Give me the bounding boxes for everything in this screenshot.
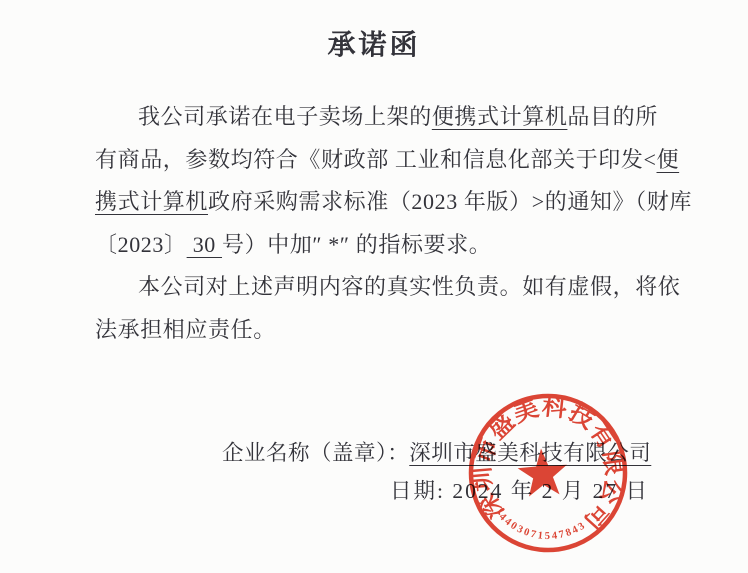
body-line: 法承担相应责任。	[95, 309, 670, 352]
body-text-run: 〔2023〕	[95, 232, 187, 257]
company-seal: 深圳市盛美科技有限公司 4403071547843	[442, 367, 654, 573]
underlined-text: 便携式计算机	[432, 104, 568, 129]
body-paragraphs: 我公司承诺在电子卖场上架的便携式计算机品目的所有商品，参数均符合《财政部 工业和…	[95, 96, 670, 352]
body-text-run: 政府采购需求标准（2023 年版）>的通知》（财库	[208, 189, 692, 214]
underlined-text: 便	[657, 147, 680, 172]
document-title: 承诺函	[0, 23, 748, 63]
seal-star-icon	[516, 447, 569, 497]
underlined-text: 30	[187, 232, 222, 257]
body-line: 本公司对上述声明内容的真实性负责。如有虚假，将依	[95, 266, 670, 309]
body-text-run: 法承担相应责任。	[95, 317, 276, 342]
body-line: 〔2023〕 30 号）中加″ *″ 的指标要求。	[95, 224, 670, 267]
body-text-run: 本公司对上述声明内容的真实性负责。如有虚假，将依	[138, 274, 680, 299]
body-line: 有商品，参数均符合《财政部 工业和信息化部关于印发<便	[95, 139, 670, 182]
body-text-run: 有商品，参数均符合《财政部 工业和信息化部关于印发<	[95, 147, 657, 172]
body-text-run: 我公司承诺在电子卖场上架的	[138, 104, 432, 129]
scanned-commitment-letter: 承诺函 我公司承诺在电子卖场上架的便携式计算机品目的所有商品，参数均符合《财政部…	[0, 0, 748, 573]
underlined-text: 携式计算机	[95, 189, 208, 214]
body-text-run: 号）中加″ *″ 的指标要求。	[222, 232, 491, 257]
body-line: 我公司承诺在电子卖场上架的便携式计算机品目的所	[95, 96, 670, 139]
seal-company-arc-text: 深圳市盛美科技有限公司	[461, 385, 636, 539]
body-line: 携式计算机政府采购需求标准（2023 年版）>的通知》（财库	[95, 181, 670, 224]
body-text-run: 品目的所	[567, 104, 657, 129]
company-label: 企业名称（盖章）：	[222, 441, 409, 465]
